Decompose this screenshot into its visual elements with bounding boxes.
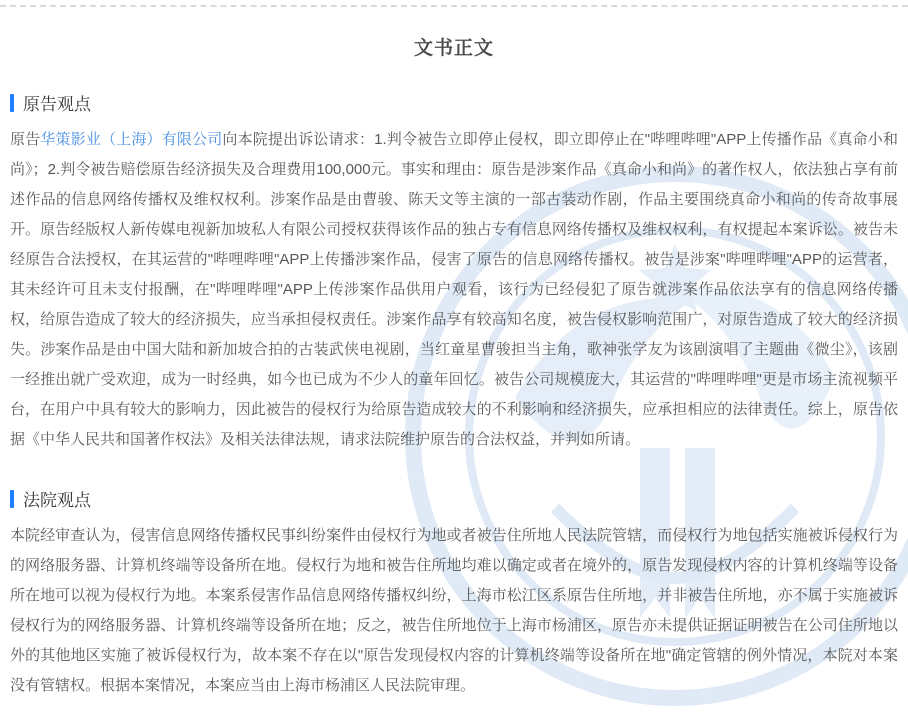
plaintiff-heading-label: 原告观点 (23, 90, 91, 115)
court-heading-label: 法院观点 (23, 486, 91, 511)
document-body-page: 文书正文 原告观点 原告华策影业（上海）有限公司向本院提出诉讼请求：1.判令被告… (0, 0, 908, 720)
document-content: 文书正文 原告观点 原告华策影业（上海）有限公司向本院提出诉讼请求：1.判令被告… (0, 0, 908, 701)
court-section-heading: 法院观点 (10, 486, 898, 511)
plaintiff-section-heading: 原告观点 (10, 90, 898, 115)
accent-bar-icon (10, 94, 14, 112)
plaintiff-text-body: 向本院提出诉讼请求：1.判令被告立即停止侵权，即立即停止在"哔哩哔哩"APP上传… (10, 131, 898, 448)
page-title: 文书正文 (0, 0, 908, 60)
section-court-view: 法院观点 本院经审查认为，侵害信息网络传播权民事纠纷案件由侵权行为地或者被告住所… (0, 486, 908, 701)
plaintiff-company-link[interactable]: 华策影业（上海）有限公司 (40, 131, 222, 148)
plaintiff-text-prefix: 原告 (10, 131, 40, 148)
court-paragraph: 本院经审查认为，侵害信息网络传播权民事纠纷案件由侵权行为地或者被告住所地人民法院… (10, 521, 898, 701)
section-plaintiff-view: 原告观点 原告华策影业（上海）有限公司向本院提出诉讼请求：1.判令被告立即停止侵… (0, 90, 908, 455)
accent-bar-icon (10, 490, 14, 508)
plaintiff-paragraph: 原告华策影业（上海）有限公司向本院提出诉讼请求：1.判令被告立即停止侵权，即立即… (10, 125, 898, 455)
